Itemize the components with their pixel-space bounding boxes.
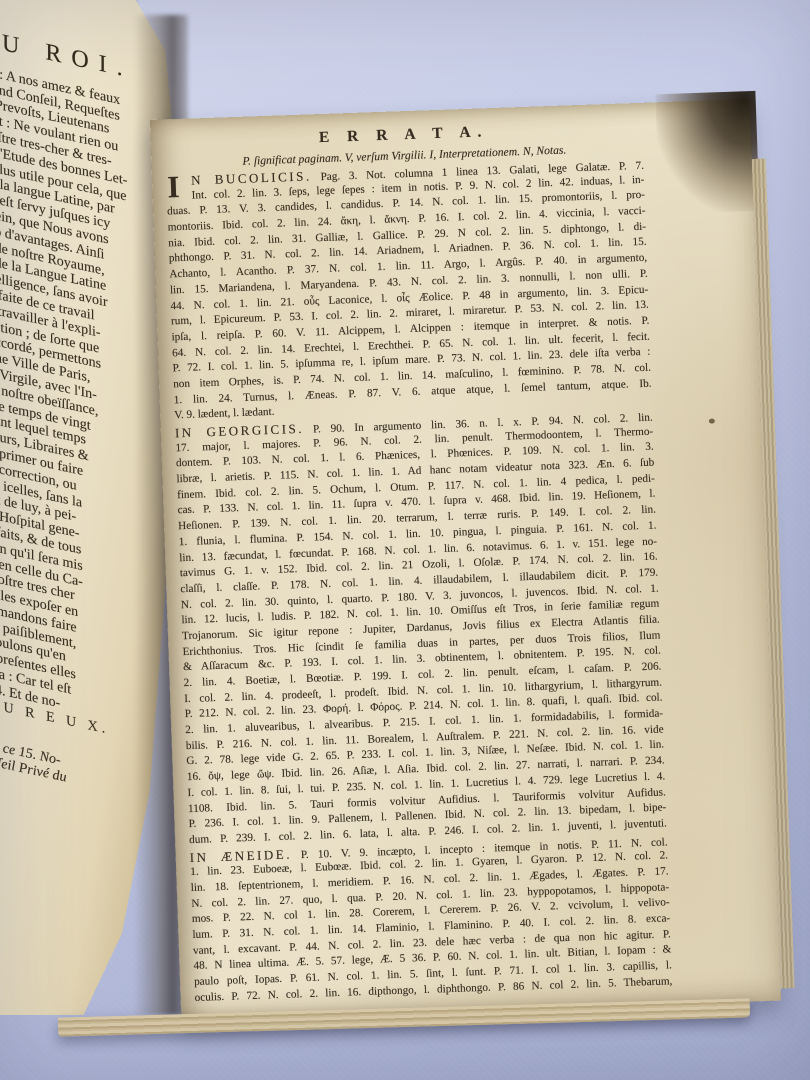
drop-cap: I [167,172,180,202]
left-page: U ROI. arre : A nos amez & feaux , grand… [0,0,174,1015]
left-page-text: U ROI. arre : A nos amez & feaux , grand… [0,30,174,893]
photo-of-open-book: U ROI. arre : A nos amez & feaux , grand… [0,0,810,1080]
fore-edge-stack [752,158,795,988]
section-aeneid: IN ÆNEIDE.P. 10. V. 9. incæpto, l. incep… [189,833,672,1006]
section-georgics: IN GEORGICIS.P. 90. In argumento lin. 36… [175,409,667,849]
right-page: E R R A T A. P. ſignificat paginam. V, v… [150,99,781,1021]
errata-text-block: E R R A T A. P. ſignificat paginam. V, v… [165,119,673,1007]
ink-fleck [709,418,715,423]
section-bucolics: I N BUCOLICIS.Pag. 3. Not. columna 1 lin… [166,157,652,425]
corner-stain [655,91,759,214]
footer-mark: 5. [0,807,174,893]
